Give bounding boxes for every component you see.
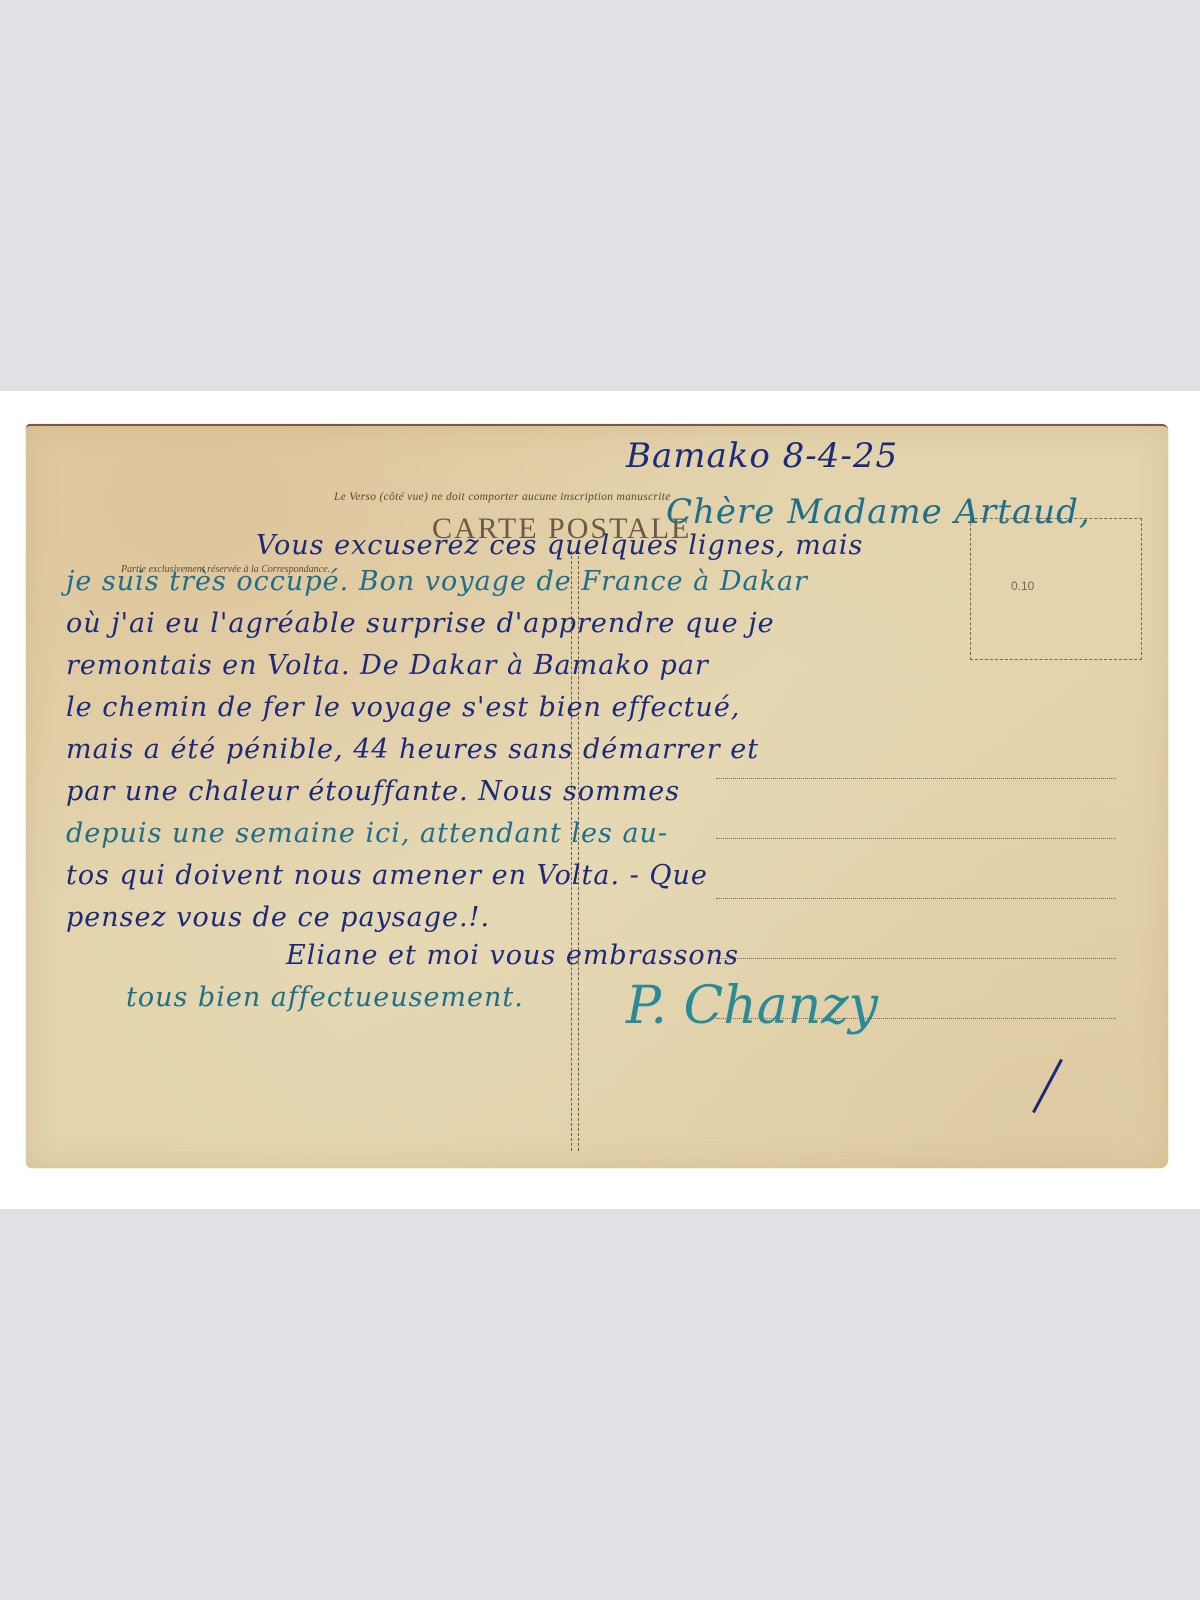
letter-line: pensez vous de ce paysage.!.	[66, 902, 490, 933]
letter-line: le chemin de fer le voyage s'est bien ef…	[66, 692, 740, 723]
letter-line: Eliane et moi vous embrassons	[286, 940, 739, 971]
address-line	[716, 898, 1116, 899]
signature: P. Chanzy	[626, 976, 878, 1036]
letter-line: remontais en Volta. De Dakar à Bamako pa…	[66, 650, 709, 681]
stamp-box: 0.10	[970, 518, 1142, 660]
address-line	[716, 958, 1116, 959]
printed-notice: Le Verso (côté vue) ne doit comporter au…	[334, 491, 671, 503]
letter-line: où j'ai eu l'agréable surprise d'apprend…	[66, 608, 775, 639]
stamp-price: 0.10	[1011, 579, 1034, 593]
letter-line: Vous excuserez ces quelques lignes, mais	[256, 530, 863, 561]
letter-line: mais a été pénible, 44 heures sans démar…	[66, 734, 759, 765]
letter-line: depuis une semaine ici, attendant les au…	[66, 818, 668, 849]
letter-line: tos qui doivent nous amener en Volta. - …	[66, 860, 708, 891]
address-line	[716, 778, 1116, 779]
place-date: Bamako 8-4-25	[626, 436, 898, 476]
letter-line: je suis très occupé. Bon voyage de Franc…	[66, 566, 808, 597]
postcard: Le Verso (côté vue) ne doit comporter au…	[26, 424, 1168, 1168]
salutation: Chère Madame Artaud,	[666, 492, 1091, 532]
letter-line: par une chaleur étouffante. Nous sommes	[66, 776, 680, 807]
address-line	[716, 838, 1116, 839]
letter-line: tous bien affectueusement.	[126, 982, 524, 1013]
center-divider	[571, 551, 579, 1151]
signature-flourish	[1032, 1059, 1063, 1113]
